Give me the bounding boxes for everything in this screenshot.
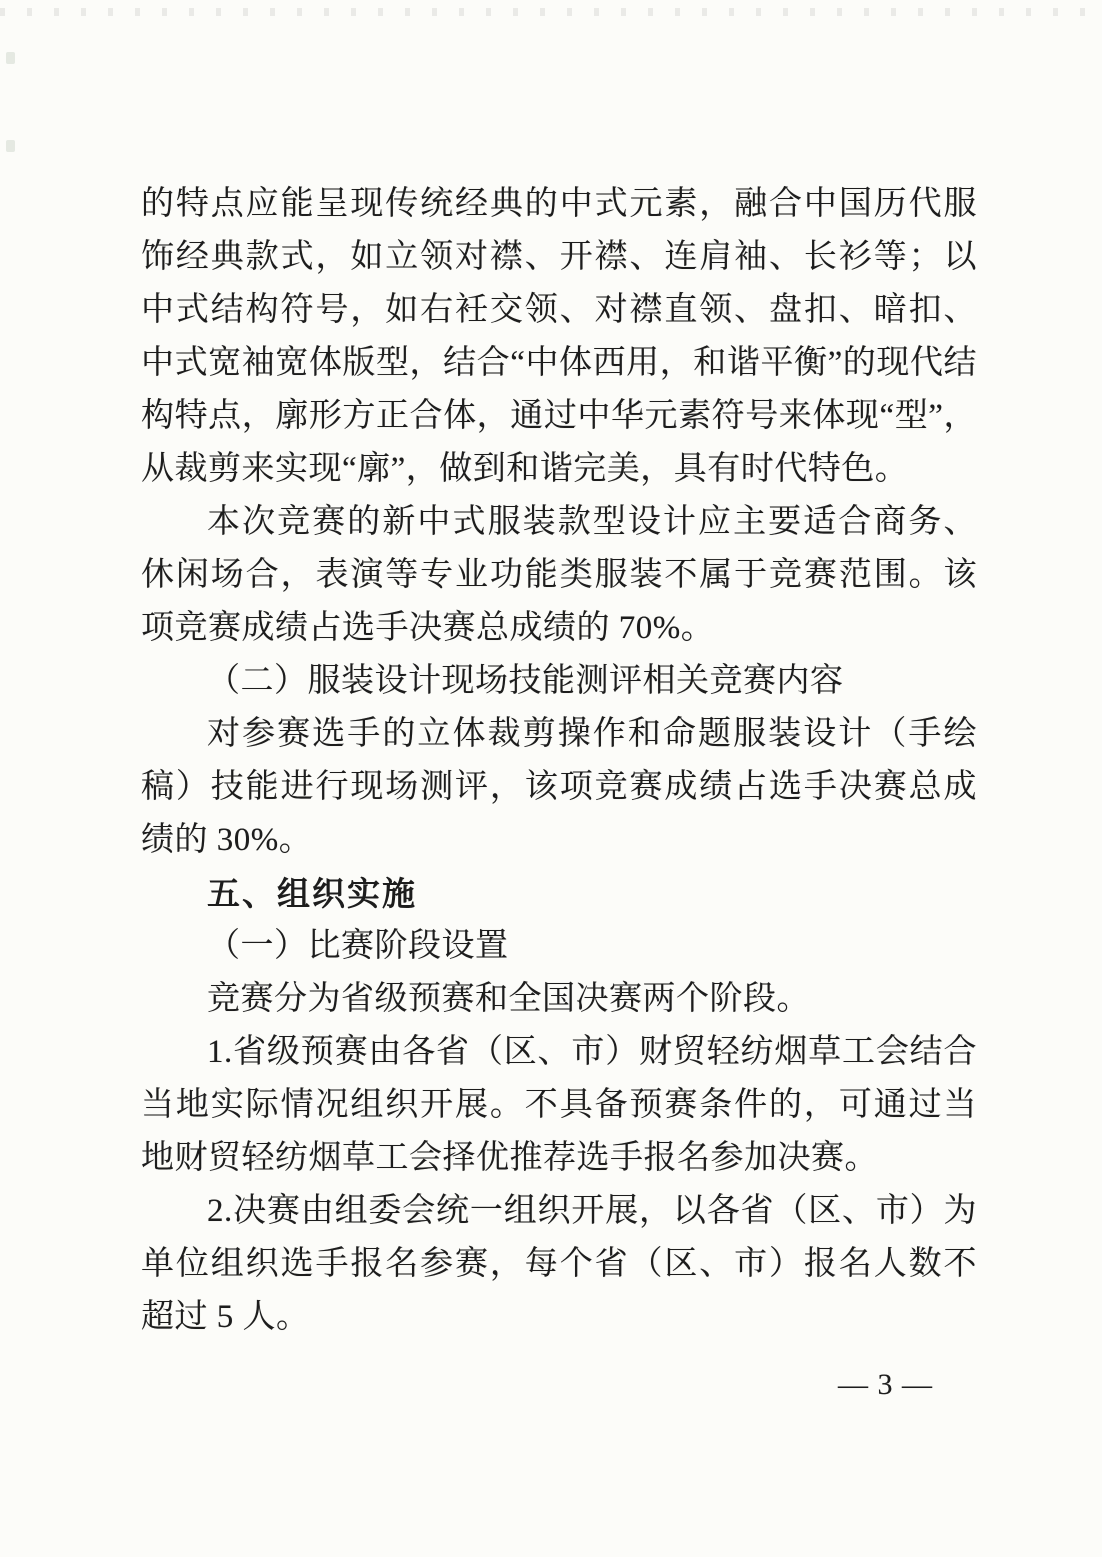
paragraph-9: 2.决赛由组委会统一组织开展，以各省（区、市）为单位组织选手报名参赛，每个省（区… [141, 1185, 977, 1344]
paragraph-2: 本次竞赛的新中式服装款型设计应主要适合商务、休闲场合，表演等专业功能类服装不属于… [141, 496, 977, 655]
scan-artifact-left-mark [6, 52, 15, 64]
paragraph-1: 的特点应能呈现传统经典的中式元素，融合中国历代服饰经典款式，如立领对襟、开襟、连… [141, 178, 977, 496]
scan-artifact-top-edge [0, 8, 1102, 16]
paragraph-4: 对参赛选手的立体裁剪操作和命题服装设计（手绘稿）技能进行现场测评，该项竞赛成绩占… [141, 708, 977, 867]
paragraph-7: 竞赛分为省级预赛和全国决赛两个阶段。 [141, 973, 977, 1026]
paragraph-8: 1.省级预赛由各省（区、市）财贸轻纺烟草工会结合当地实际情况组织开展。不具备预赛… [141, 1026, 977, 1185]
document-body: 的特点应能呈现传统经典的中式元素，融合中国历代服饰经典款式，如立领对襟、开襟、连… [141, 178, 977, 1344]
paragraph-6: （一）比赛阶段设置 [141, 920, 977, 973]
paragraph-3: （二）服装设计现场技能测评相关竞赛内容 [141, 655, 977, 708]
paragraph-5: 五、组织实施 [141, 867, 977, 920]
page-number: — 3 — [838, 1368, 978, 1402]
scanned-document-page: 的特点应能呈现传统经典的中式元素，融合中国历代服饰经典款式，如立领对襟、开襟、连… [0, 0, 1102, 1557]
scan-artifact-left-mark [6, 140, 15, 152]
